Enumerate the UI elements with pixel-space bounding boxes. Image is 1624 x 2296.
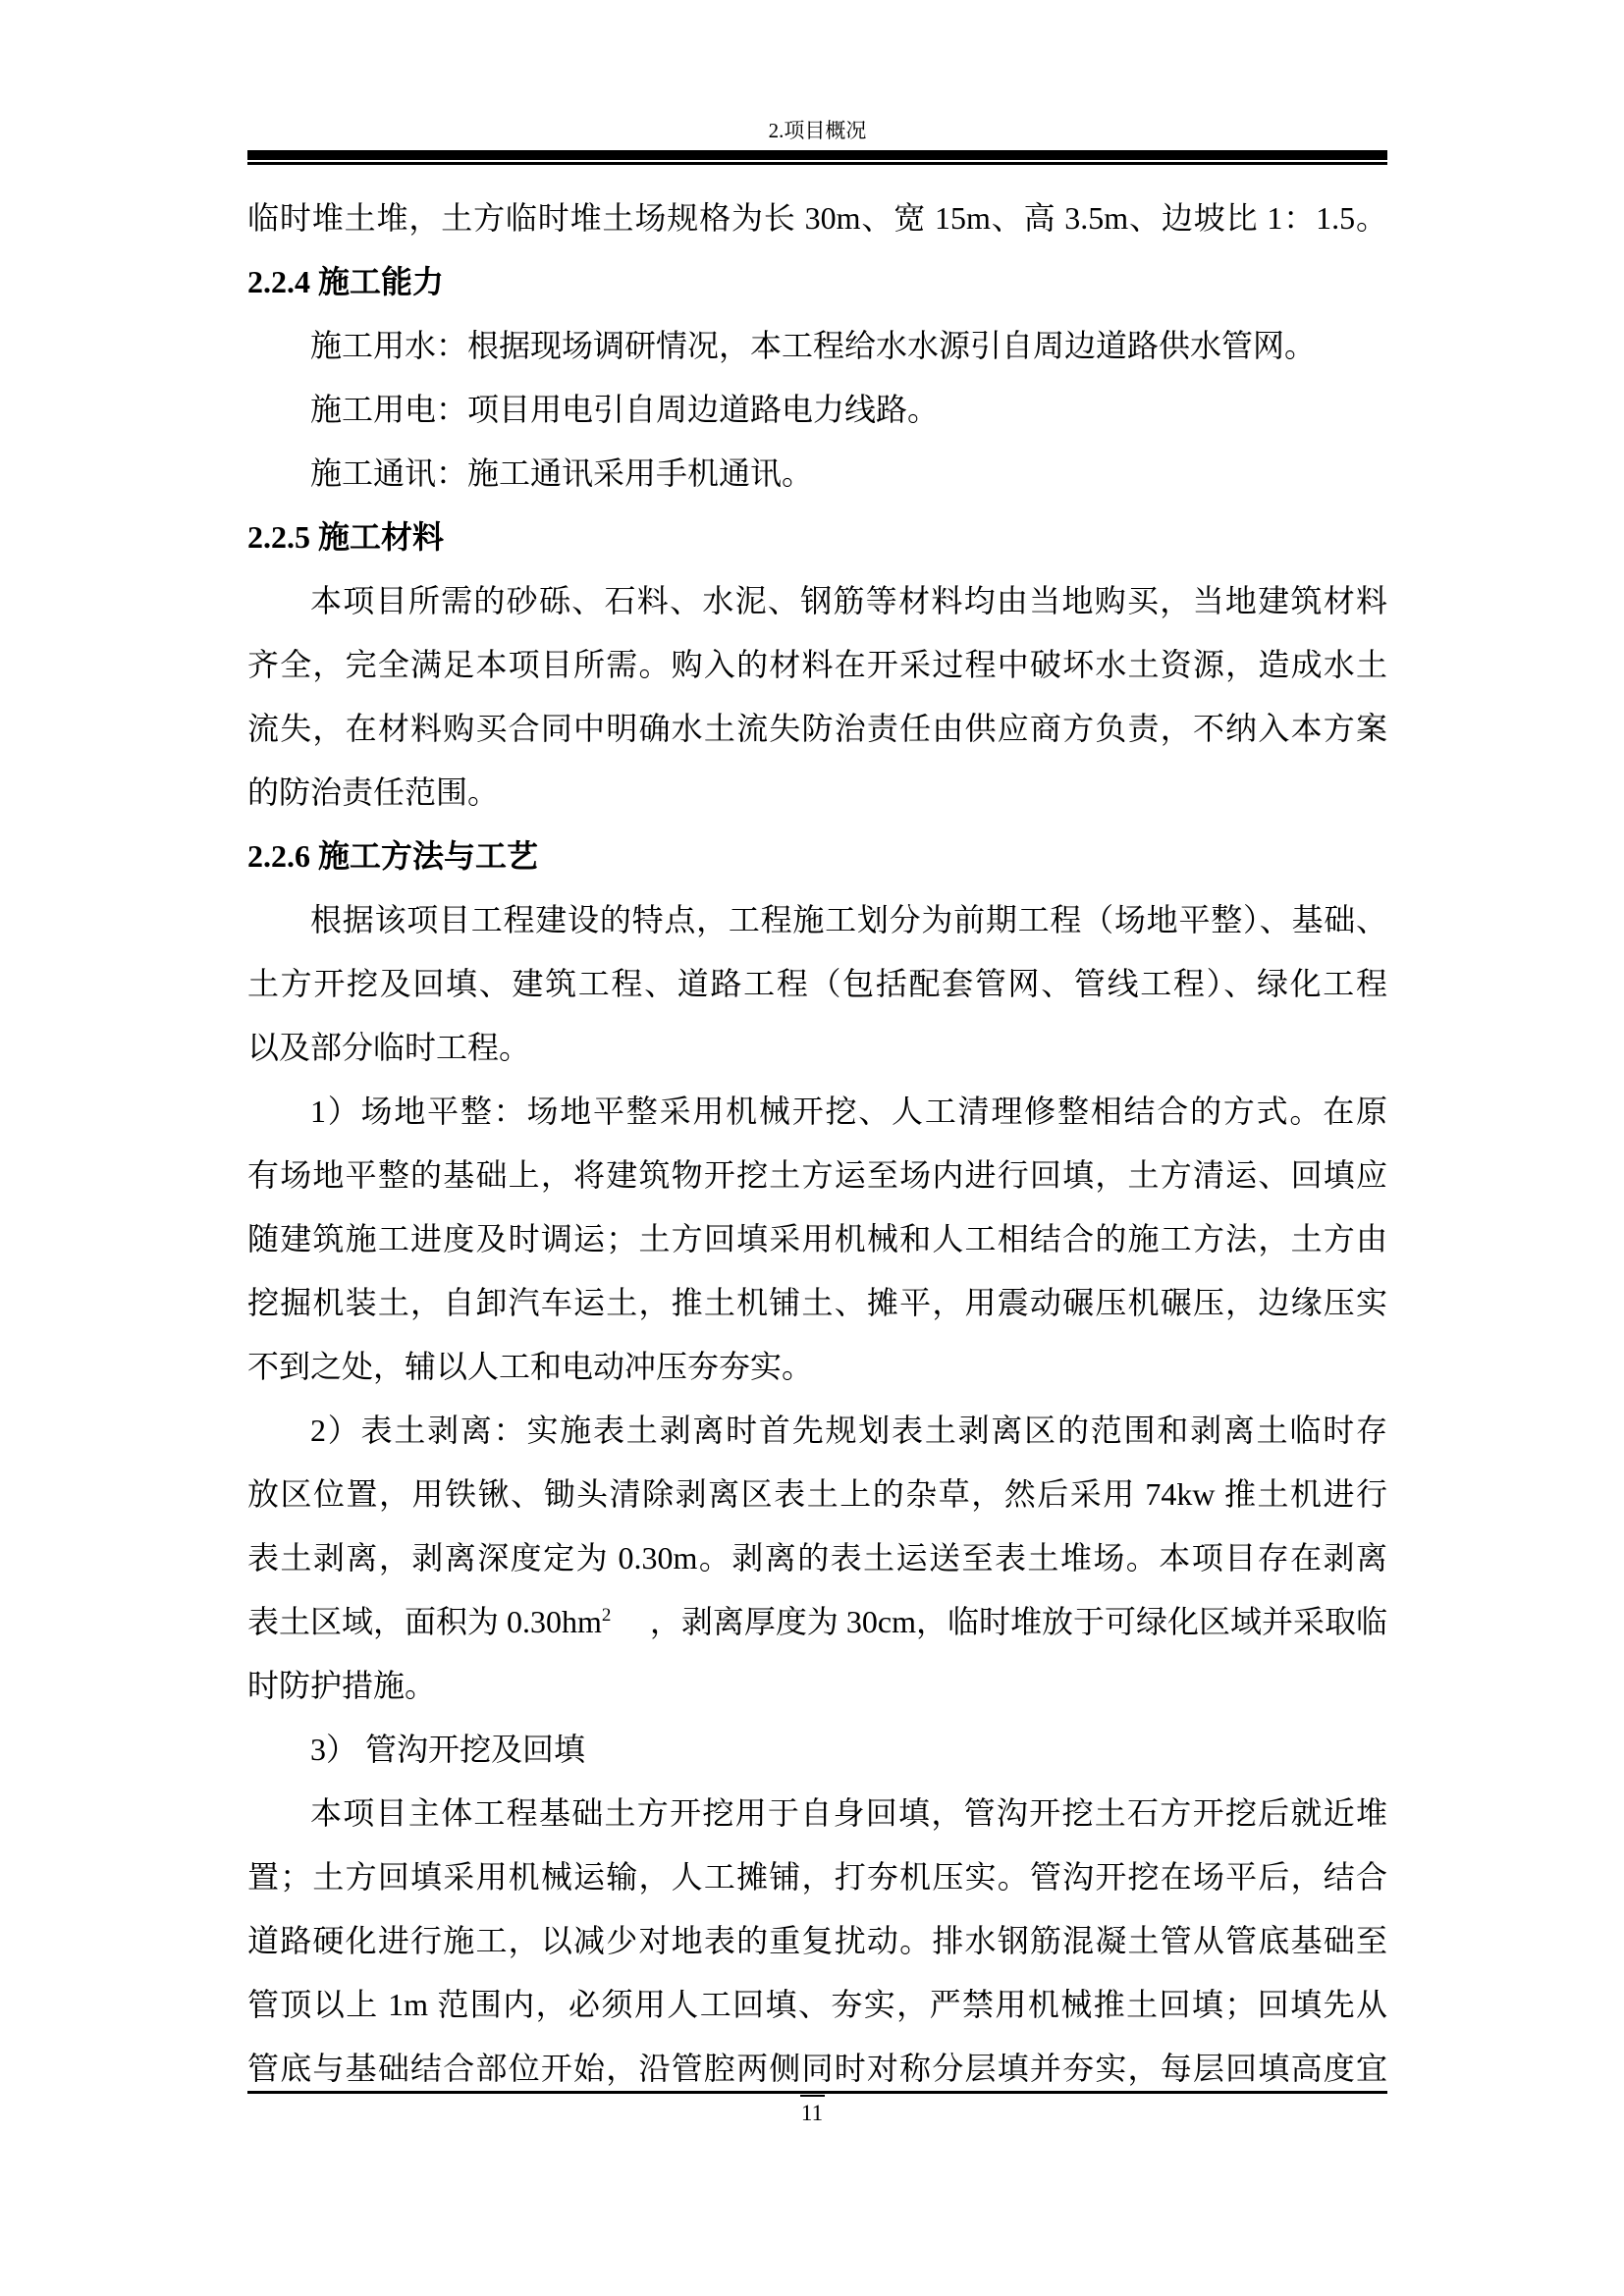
section-heading-2-2-5: 2.2.5 施工材料 [247, 506, 1387, 569]
paragraph-line: 以及部分临时工程。 [247, 1016, 1387, 1080]
paragraph-line-area: 表土区域，面积为 0.30hm2 ，剥离厚度为 30cm，临时堆放于可绿化区域并… [247, 1590, 1387, 1654]
paragraph-power-supply: 施工用电：项目用电引自周边道路电力线路。 [247, 378, 1387, 442]
section-heading-2-2-4: 2.2.4 施工能力 [247, 250, 1387, 314]
page-number-overline [800, 2095, 825, 2097]
paragraph-line: 土方开挖及回填、建筑工程、道路工程（包括配套管网、管线工程）、绿化工程 [247, 952, 1387, 1016]
area-value: 表土区域，面积为 0.30hm [247, 1604, 602, 1639]
paragraph-line: 时防护措施。 [247, 1654, 1387, 1718]
paragraph-line: 流失，在材料购买合同中明确水土流失防治责任由供应商方负责，不纳入本方案 [247, 697, 1387, 761]
paragraph-line: 放区位置，用铁锹、锄头清除剥离区表土上的杂草，然后采用 74kw 推土机进行 [247, 1463, 1387, 1526]
list-item-trench-title: 3） 管沟开挖及回填 [247, 1718, 1387, 1782]
area-text-b: ，剥离厚度为 30cm，临时堆放于可绿化区域并采取临 [650, 1590, 1387, 1654]
paragraph-line: 本项目所需的砂砾、石料、水泥、钢筋等材料均由当地购买，当地建筑材料 [247, 569, 1387, 633]
page-number: 11 [738, 2099, 886, 2128]
paragraph-water-supply: 施工用水：根据现场调研情况，本工程给水水源引自周边道路供水管网。 [247, 314, 1387, 378]
footer-rule [247, 2091, 1387, 2094]
list-item-topsoil-stripping: 2）表土剥离：实施表土剥离时首先规划表土剥离区的范围和剥离土临时存 [247, 1399, 1387, 1463]
header-rule-thick [247, 150, 1387, 160]
paragraph-line: 根据该项目工程建设的特点，工程施工划分为前期工程（场地平整）、基础、 [247, 888, 1387, 952]
paragraph-line: 挖掘机装土，自卸汽车运土，推土机铺土、摊平，用震动碾压机碾压，边缘压实 [247, 1271, 1387, 1335]
paragraph-line: 管顶以上 1m 范围内，必须用人工回填、夯实，严禁用机械推土回填；回填先从 [247, 1973, 1387, 2037]
page-body: 临时堆土堆，土方临时堆土场规格为长 30m、宽 15m、高 3.5m、边坡比 1… [247, 187, 1387, 2101]
running-header: 2.项目概况 [247, 116, 1387, 145]
list-item-site-leveling: 1）场地平整：场地平整采用机械开挖、人工清理修整相结合的方式。在原 [247, 1080, 1387, 1144]
superscript-2: 2 [602, 1605, 612, 1626]
paragraph-line: 齐全，完全满足本项目所需。购入的材料在开采过程中破坏水土资源，造成水土 [247, 633, 1387, 697]
paragraph-line: 有场地平整的基础上，将建筑物开挖土方运至场内进行回填，土方清运、回填应 [247, 1144, 1387, 1207]
paragraph-line: 本项目主体工程基础土方开挖用于自身回填，管沟开挖土石方开挖后就近堆 [247, 1782, 1387, 1845]
paragraph-line: 道路硬化进行施工，以减少对地表的重复扰动。排水钢筋混凝土管从管底基础至 [247, 1909, 1387, 1973]
paragraph-line: 置；土方回填采用机械运输，人工摊铺，打夯机压实。管沟开挖在场平后，结合 [247, 1845, 1387, 1909]
paragraph-communication: 施工通讯：施工通讯采用手机通讯。 [247, 442, 1387, 506]
paragraph-line: 随建筑施工进度及时调运；土方回填采用机械和人工相结合的施工方法，土方由 [247, 1207, 1387, 1271]
paragraph-line: 不到之处，辅以人工和电动冲压夯夯实。 [247, 1335, 1387, 1399]
area-text-a: 表土区域，面积为 0.30hm2 [247, 1590, 611, 1654]
paragraph-line: 的防治责任范围。 [247, 761, 1387, 825]
carry-over-line: 临时堆土堆，土方临时堆土场规格为长 30m、宽 15m、高 3.5m、边坡比 1… [247, 187, 1387, 250]
section-heading-2-2-6: 2.2.6 施工方法与工艺 [247, 825, 1387, 888]
header-rule-thin [247, 162, 1387, 165]
paragraph-line: 表土剥离，剥离深度定为 0.30m。剥离的表土运送至表土堆场。本项目存在剥离 [247, 1526, 1387, 1590]
